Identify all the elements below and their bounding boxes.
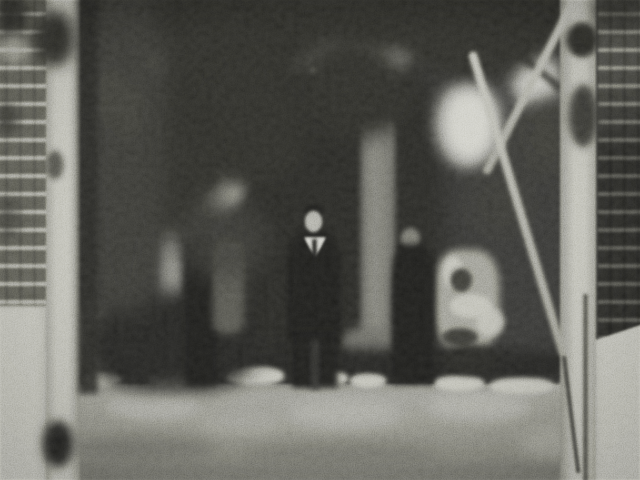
vignette — [0, 0, 640, 480]
photo-scene — [0, 0, 640, 480]
photo-frame — [0, 0, 640, 480]
